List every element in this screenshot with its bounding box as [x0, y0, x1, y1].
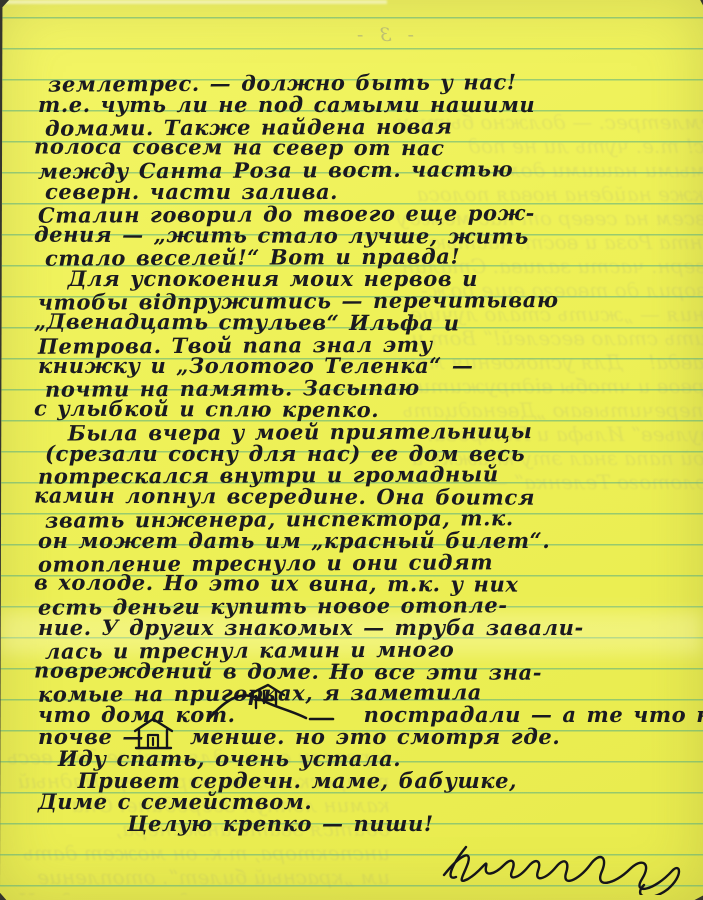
letter-line: т.е. чуть ли не под самыми нашими — [38, 94, 693, 116]
letter-line: Для успокоения моих нервов и — [38, 268, 693, 290]
house-sketch-icon — [134, 716, 174, 750]
letter-line: есть деньги купить новое отопле- — [38, 593, 693, 618]
letter-line: стало веселей!“ Вот и правда! — [45, 245, 693, 270]
letter-body: землетрес. — должно быть у нас!т.е. чуть… — [38, 72, 693, 899]
letter-line: Целую крепко — пиши! — [38, 813, 693, 835]
letter-line: звать инженера, инспектора, т.к. — [45, 506, 693, 531]
letter-line: между Санта Роза и вост. частью — [38, 157, 693, 182]
letter-line: землетрес. — должно быть у нас! — [38, 70, 693, 95]
letter-line: книжку и „Золотого Теленка“ — — [38, 355, 693, 377]
signature-flourish-icon — [436, 837, 686, 895]
letter-page: землетрес. — должно быть у нас! т.е. чут… — [0, 0, 703, 900]
letter-line: он может дать им „красный билет“. — [38, 530, 693, 552]
letter-line: Была вчера у моей приятельницы — [38, 419, 693, 444]
letter-line: Диме с семейством. — [38, 791, 693, 813]
letter-text: почве — — [38, 724, 144, 749]
letter-line: ние. У других знакомых — труба завали- — [38, 617, 693, 639]
page-number-bleed: - 3 - — [352, 24, 414, 46]
letter-text: менше. но это смотря где. — [190, 724, 560, 749]
letter-line: Привет сердечн. маме, бабушке, — [38, 770, 693, 792]
letter-line: северн. части залива. — [45, 181, 693, 203]
letter-line-house-sketch: почве — менше. но это смотря где. — [38, 726, 693, 748]
house-on-hillside-sketch-icon — [206, 678, 334, 726]
signature — [436, 837, 693, 899]
scan-background: землетрес. — должно быть у нас! т.е. чут… — [0, 0, 703, 900]
letter-line: Иду спать, очень устала. — [38, 748, 693, 770]
paper-top-edge — [0, 0, 387, 4]
letter-line: Петрова. Твой папа знал эту — [38, 332, 693, 357]
